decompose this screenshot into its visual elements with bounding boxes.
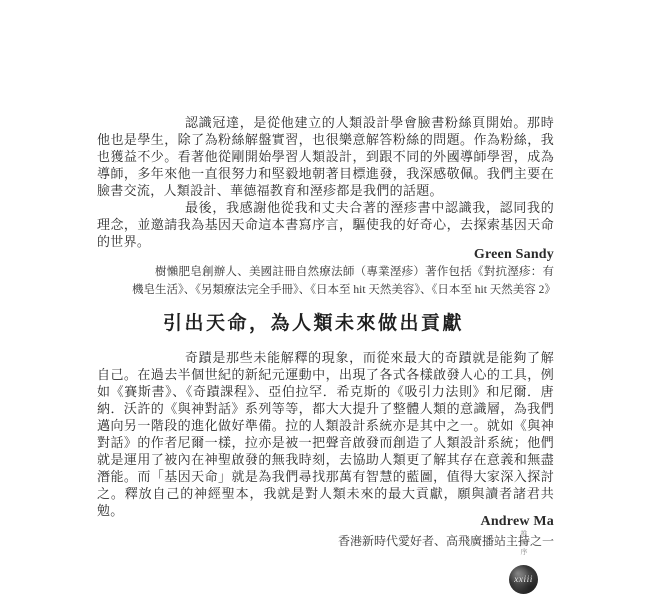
recommender-bio: 樹懶肥皂創辦人、美國註冊自然療法師（專業溼疹）著作包括《對抗溼疹：有機皂生活》、… bbox=[132, 263, 554, 299]
recommender-signature-block: Andrew Ma bbox=[97, 514, 554, 530]
page-number: xxiii bbox=[514, 575, 533, 585]
recommender-signature-block: Green Sandy bbox=[97, 247, 554, 263]
body-paragraph: 最後，我感謝他從我和丈夫合著的溼疹書中認識我，認同我的理念，並邀請我為基因天命這… bbox=[97, 199, 554, 250]
side-tab-label: 推薦序 bbox=[519, 530, 529, 557]
section-heading-block: 引出天命，為人類未來做出貢獻 bbox=[97, 312, 554, 336]
page-number-badge: xxiii bbox=[509, 565, 538, 594]
body-paragraph: 奇蹟是那些未能解釋的現象，而從來最大的奇蹟就是能夠了解自己。在過去半個世紀的新紀… bbox=[97, 349, 554, 519]
body-paragraph: 認識冠達，是從他建立的人類設計學會臉書粉絲頁開始。那時他也是學生，除了為粉絲解盤… bbox=[97, 114, 554, 199]
section-heading: 引出天命，為人類未來做出貢獻 bbox=[97, 312, 554, 336]
intro-paragraphs: 認識冠達，是從他建立的人類設計學會臉書粉絲頁開始。那時他也是學生，除了為粉絲解盤… bbox=[97, 114, 554, 250]
recommender-bio-block: 香港新時代愛好者、高飛廣播站主持之一 bbox=[97, 533, 554, 549]
book-page: 認識冠達，是從他建立的人類設計學會臉書粉絲頁開始。那時他也是學生，除了為粉絲解盤… bbox=[0, 0, 655, 609]
recommender-signature: Green Sandy bbox=[97, 247, 554, 263]
main-paragraph-block: 奇蹟是那些未能解釋的現象，而從來最大的奇蹟就是能夠了解自己。在過去半個世紀的新紀… bbox=[97, 349, 554, 519]
recommender-bio: 香港新時代愛好者、高飛廣播站主持之一 bbox=[97, 533, 554, 549]
recommender-bio-block: 樹懶肥皂創辦人、美國註冊自然療法師（專業溼疹）著作包括《對抗溼疹：有機皂生活》、… bbox=[97, 263, 554, 299]
recommender-signature: Andrew Ma bbox=[97, 514, 554, 530]
